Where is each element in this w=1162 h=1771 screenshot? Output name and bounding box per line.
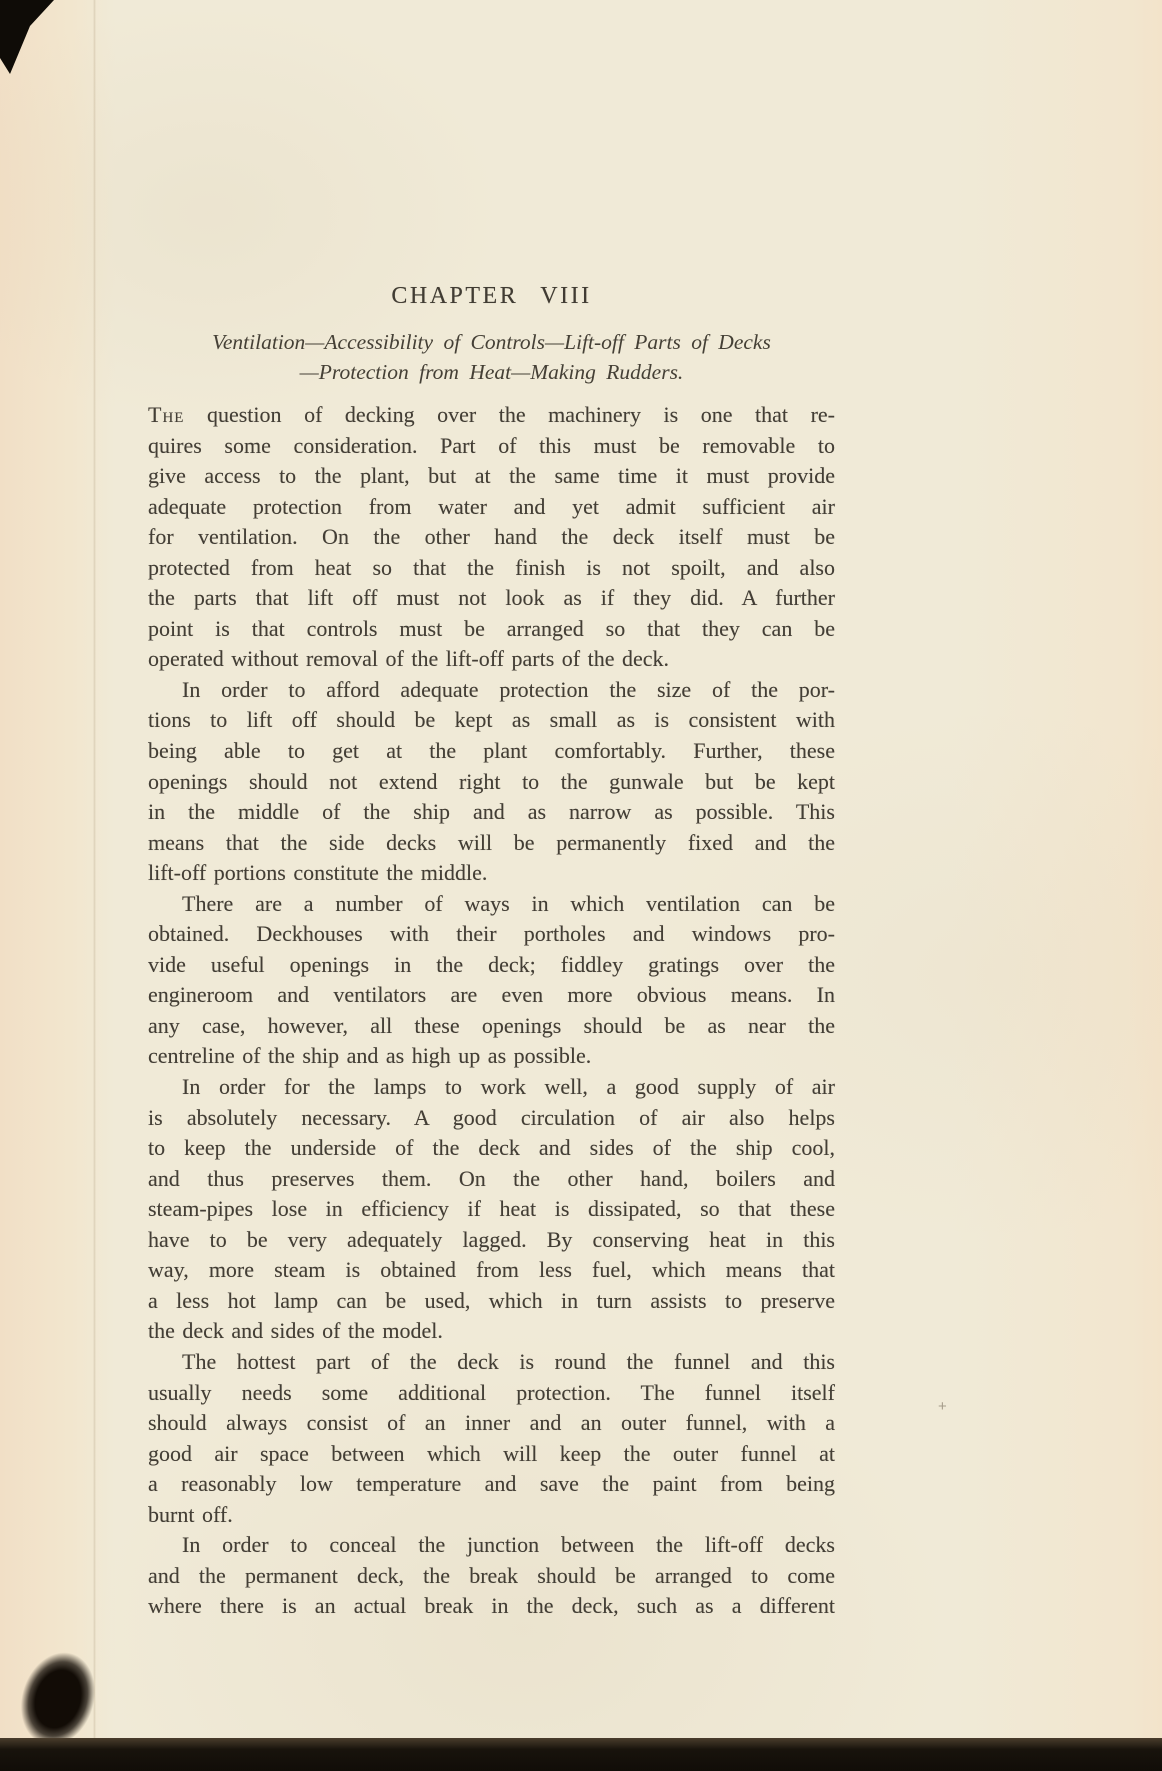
text-line: burnt off. — [148, 1500, 835, 1531]
text-line: In order to conceal the junction between… — [148, 1530, 835, 1561]
book-page-scan: CHAPTER VIII Ventilation—Accessibility o… — [0, 0, 1162, 1771]
text-line: operated without removal of the lift-off… — [148, 644, 835, 675]
paragraph: In order to afford adequate protection t… — [148, 675, 835, 889]
text-line: have to be very adequately lagged. By co… — [148, 1225, 835, 1256]
printed-text-block: CHAPTER VIII Ventilation—Accessibility o… — [148, 283, 835, 1622]
text-line: a less hot lamp can be used, which in tu… — [148, 1286, 835, 1317]
subtitle-line: —Protection from Heat—Making Rudders. — [148, 357, 835, 387]
text-line: way, more steam is obtained from less fu… — [148, 1255, 835, 1286]
scan-bottom-edge — [0, 1738, 1162, 1771]
text-line: protected from heat so that the finish i… — [148, 553, 835, 584]
text-line: and thus preserves them. On the other ha… — [148, 1164, 835, 1195]
text-line: for ventilation. On the other hand the d… — [148, 522, 835, 553]
text-line: good air space between which will keep t… — [148, 1439, 835, 1470]
paragraph: There are a number of ways in which vent… — [148, 889, 835, 1072]
scan-corner-artifact — [0, 0, 58, 74]
text-line: in the middle of the ship and as narrow … — [148, 797, 835, 828]
paragraph: The question of decking over the machine… — [148, 400, 835, 675]
subtitle-line: Ventilation—Accessibility of Controls—Li… — [148, 327, 835, 357]
text-line: any case, however, all these openings sh… — [148, 1011, 835, 1042]
chapter-subtitle: Ventilation—Accessibility of Controls—Li… — [148, 327, 835, 387]
text-line: should always consist of an inner and an… — [148, 1408, 835, 1439]
text-line: where there is an actual break in the de… — [148, 1591, 835, 1622]
text-line: centreline of the ship and as high up as… — [148, 1041, 835, 1072]
text-line: point is that controls must be arranged … — [148, 614, 835, 645]
text-line: adequate protection from water and yet a… — [148, 492, 835, 523]
text-line: the parts that lift off must not look as… — [148, 583, 835, 614]
text-line: obtained. Deckhouses with their porthole… — [148, 919, 835, 950]
lead-word-smallcaps: The — [148, 402, 184, 427]
paragraph: In order for the lamps to work well, a g… — [148, 1072, 835, 1347]
text-line: The hottest part of the deck is round th… — [148, 1347, 835, 1378]
text-line: to keep the underside of the deck and si… — [148, 1133, 835, 1164]
text-line: steam-pipes lose in efficiency if heat i… — [148, 1194, 835, 1225]
page-edge-shading — [93, 0, 96, 1771]
body-text: The question of decking over the machine… — [148, 400, 835, 1622]
text-line: vide useful openings in the deck; fiddle… — [148, 950, 835, 981]
text-line: In order for the lamps to work well, a g… — [148, 1072, 835, 1103]
text-line: usually needs some additional protection… — [148, 1378, 835, 1409]
text-line: quires some consideration. Part of this … — [148, 431, 835, 462]
registration-mark: + — [938, 1398, 947, 1415]
text-line: the deck and sides of the model. — [148, 1316, 835, 1347]
text-line: openings should not extend right to the … — [148, 767, 835, 798]
text-line: and the permanent deck, the break should… — [148, 1561, 835, 1592]
text-line: The question of decking over the machine… — [148, 400, 835, 431]
text-line: a reasonably low temperature and save th… — [148, 1469, 835, 1500]
text-line: is absolutely necessary. A good circulat… — [148, 1103, 835, 1134]
text-line: In order to afford adequate protection t… — [148, 675, 835, 706]
chapter-heading: CHAPTER VIII — [148, 283, 835, 310]
text-line: engineroom and ventilators are even more… — [148, 980, 835, 1011]
text-line: being able to get at the plant comfortab… — [148, 736, 835, 767]
paragraph: The hottest part of the deck is round th… — [148, 1347, 835, 1530]
text-line: give access to the plant, but at the sam… — [148, 461, 835, 492]
paragraph: In order to conceal the junction between… — [148, 1530, 835, 1622]
text-line: tions to lift off should be kept as smal… — [148, 705, 835, 736]
text-line: There are a number of ways in which vent… — [148, 889, 835, 920]
text-line: lift-off portions constitute the middle. — [148, 858, 835, 889]
text-line: means that the side decks will be perman… — [148, 828, 835, 859]
